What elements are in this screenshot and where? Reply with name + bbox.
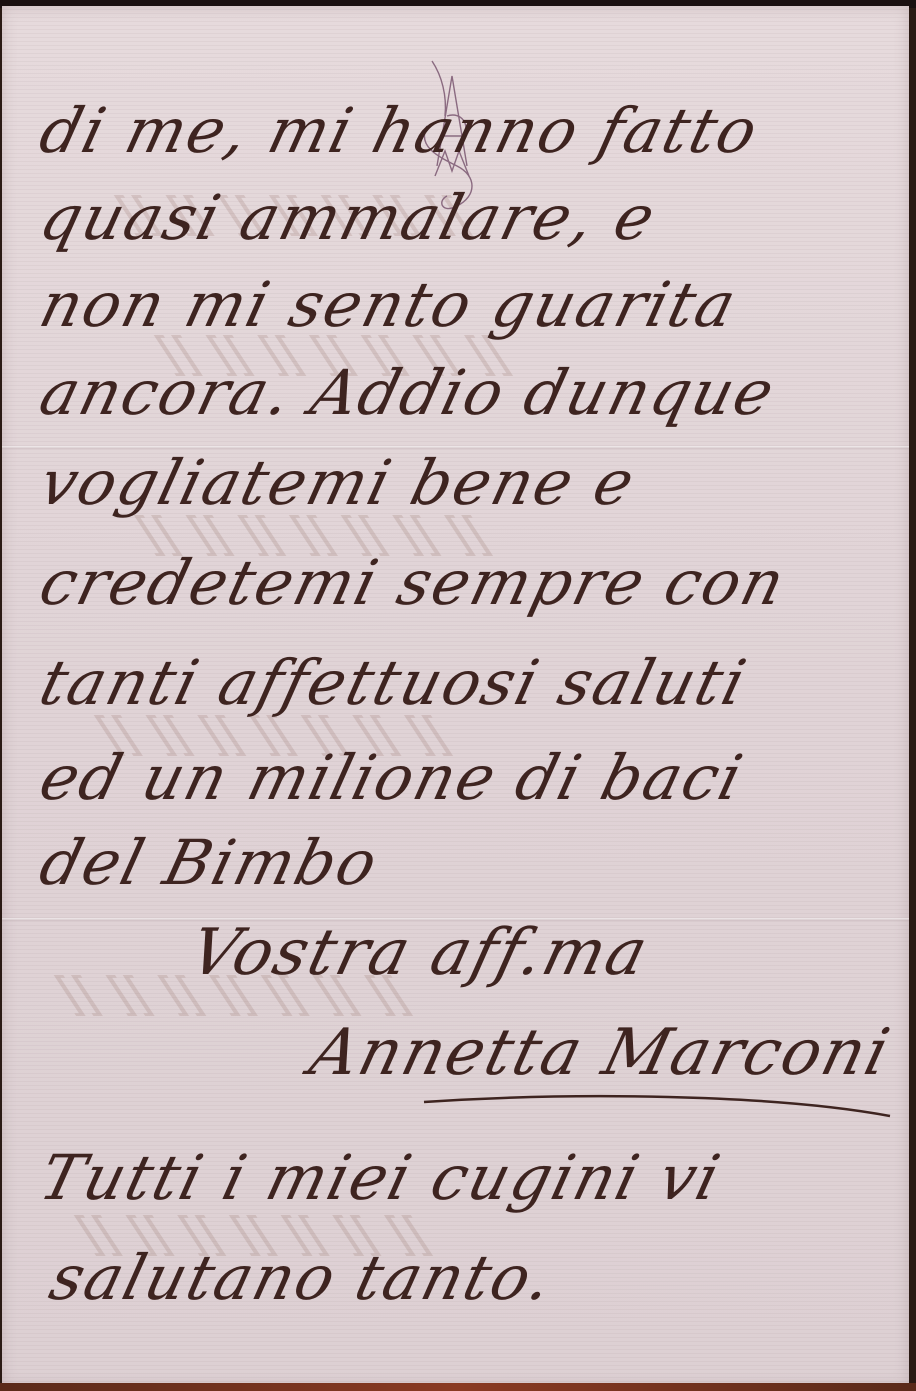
letter-line: tanti affettuosi saluti [33, 646, 755, 719]
letter-sheet: ll ll ll ll ll ll ll ll ll ll ll ll ll l… [2, 6, 909, 1387]
letter-line: vogliatemi bene e [33, 446, 643, 519]
postscript-line: salutano tanto. [43, 1241, 561, 1314]
letter-closing: Vostra aff.ma [183, 916, 656, 990]
scan-bottom-edge [0, 1383, 916, 1391]
letter-line: quasi ammalare, e [33, 181, 664, 254]
letter-line: credetemi sempre con [33, 546, 794, 619]
letter-line: ancora. Addio dunque [33, 356, 783, 429]
letter-line: del Bimbo [33, 826, 386, 899]
signature-flourish-icon [422, 1090, 892, 1120]
letter-line: non mi sento guarita [33, 268, 745, 341]
signature: Annetta Marconi [303, 1016, 898, 1090]
letter-line: ed un milione di baci [33, 741, 751, 814]
letter-line: di me, mi hanno fatto [33, 94, 767, 167]
postscript-line: Tutti i miei cugini vi [33, 1141, 729, 1214]
